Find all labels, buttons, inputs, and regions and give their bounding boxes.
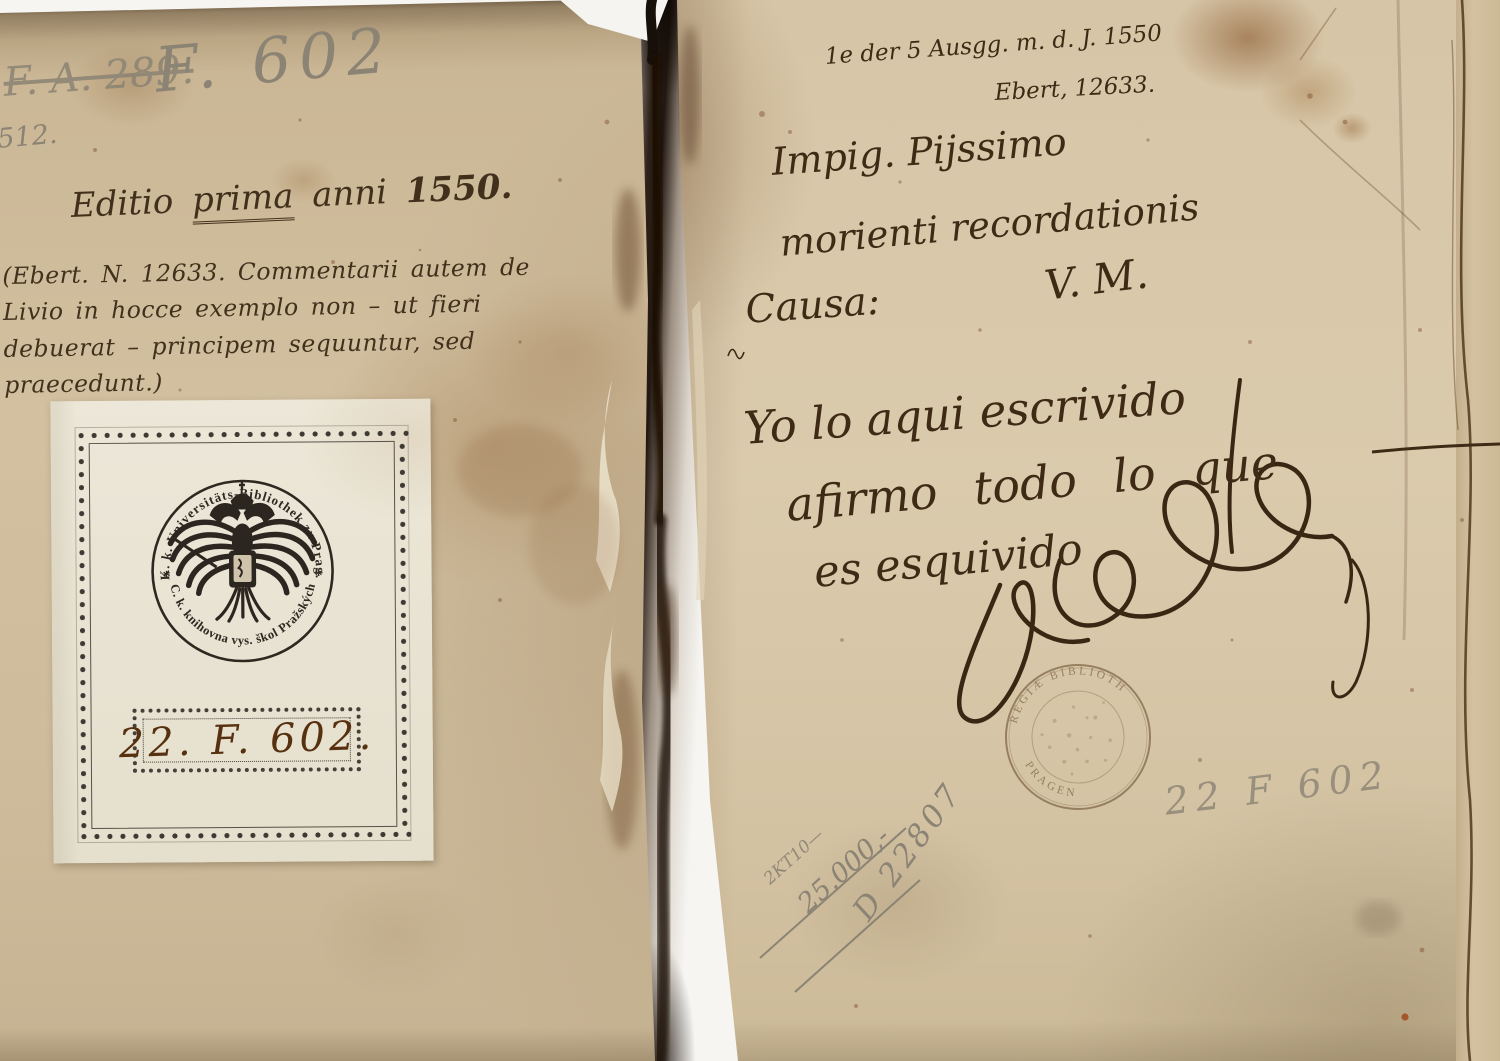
bookplate-shelfmark: 22. F. 602.	[118, 713, 376, 767]
bookplate-shelfmark-box: 22. F. 602.	[133, 707, 361, 773]
ornament-border-left	[75, 442, 91, 830]
seal-star-left: *	[163, 568, 171, 585]
edition-note-body: (Ebert. N. 12633. Commentarii autem de L…	[2, 249, 532, 404]
edition-title-year: 1550.	[405, 167, 513, 212]
edition-title-word: anni	[311, 172, 388, 215]
edition-title-word: Editio	[70, 182, 174, 226]
ornament-border-bottom	[77, 828, 411, 843]
latin-inscription-line3: Causa:	[744, 279, 881, 333]
library-bookplate: K. k. Universitäts-Bibliothek zu Prag. C…	[50, 399, 433, 864]
seal-star-right: *	[315, 567, 323, 584]
ornament-border-right	[396, 440, 412, 828]
double-headed-eagle	[170, 480, 315, 621]
edition-title-word-underlined: prima	[191, 176, 294, 224]
pencil-number: 512.	[0, 119, 59, 155]
scanned-book-spread: REGIÆ BIBLIOTH PRAGEN F. A. 289. F. 602 …	[0, 0, 1500, 1061]
ornament-border-top	[75, 427, 409, 442]
torn-right-edge	[1456, 0, 1500, 1061]
library-seal: K. k. Universitäts-Bibliothek zu Prag. C…	[135, 463, 350, 678]
